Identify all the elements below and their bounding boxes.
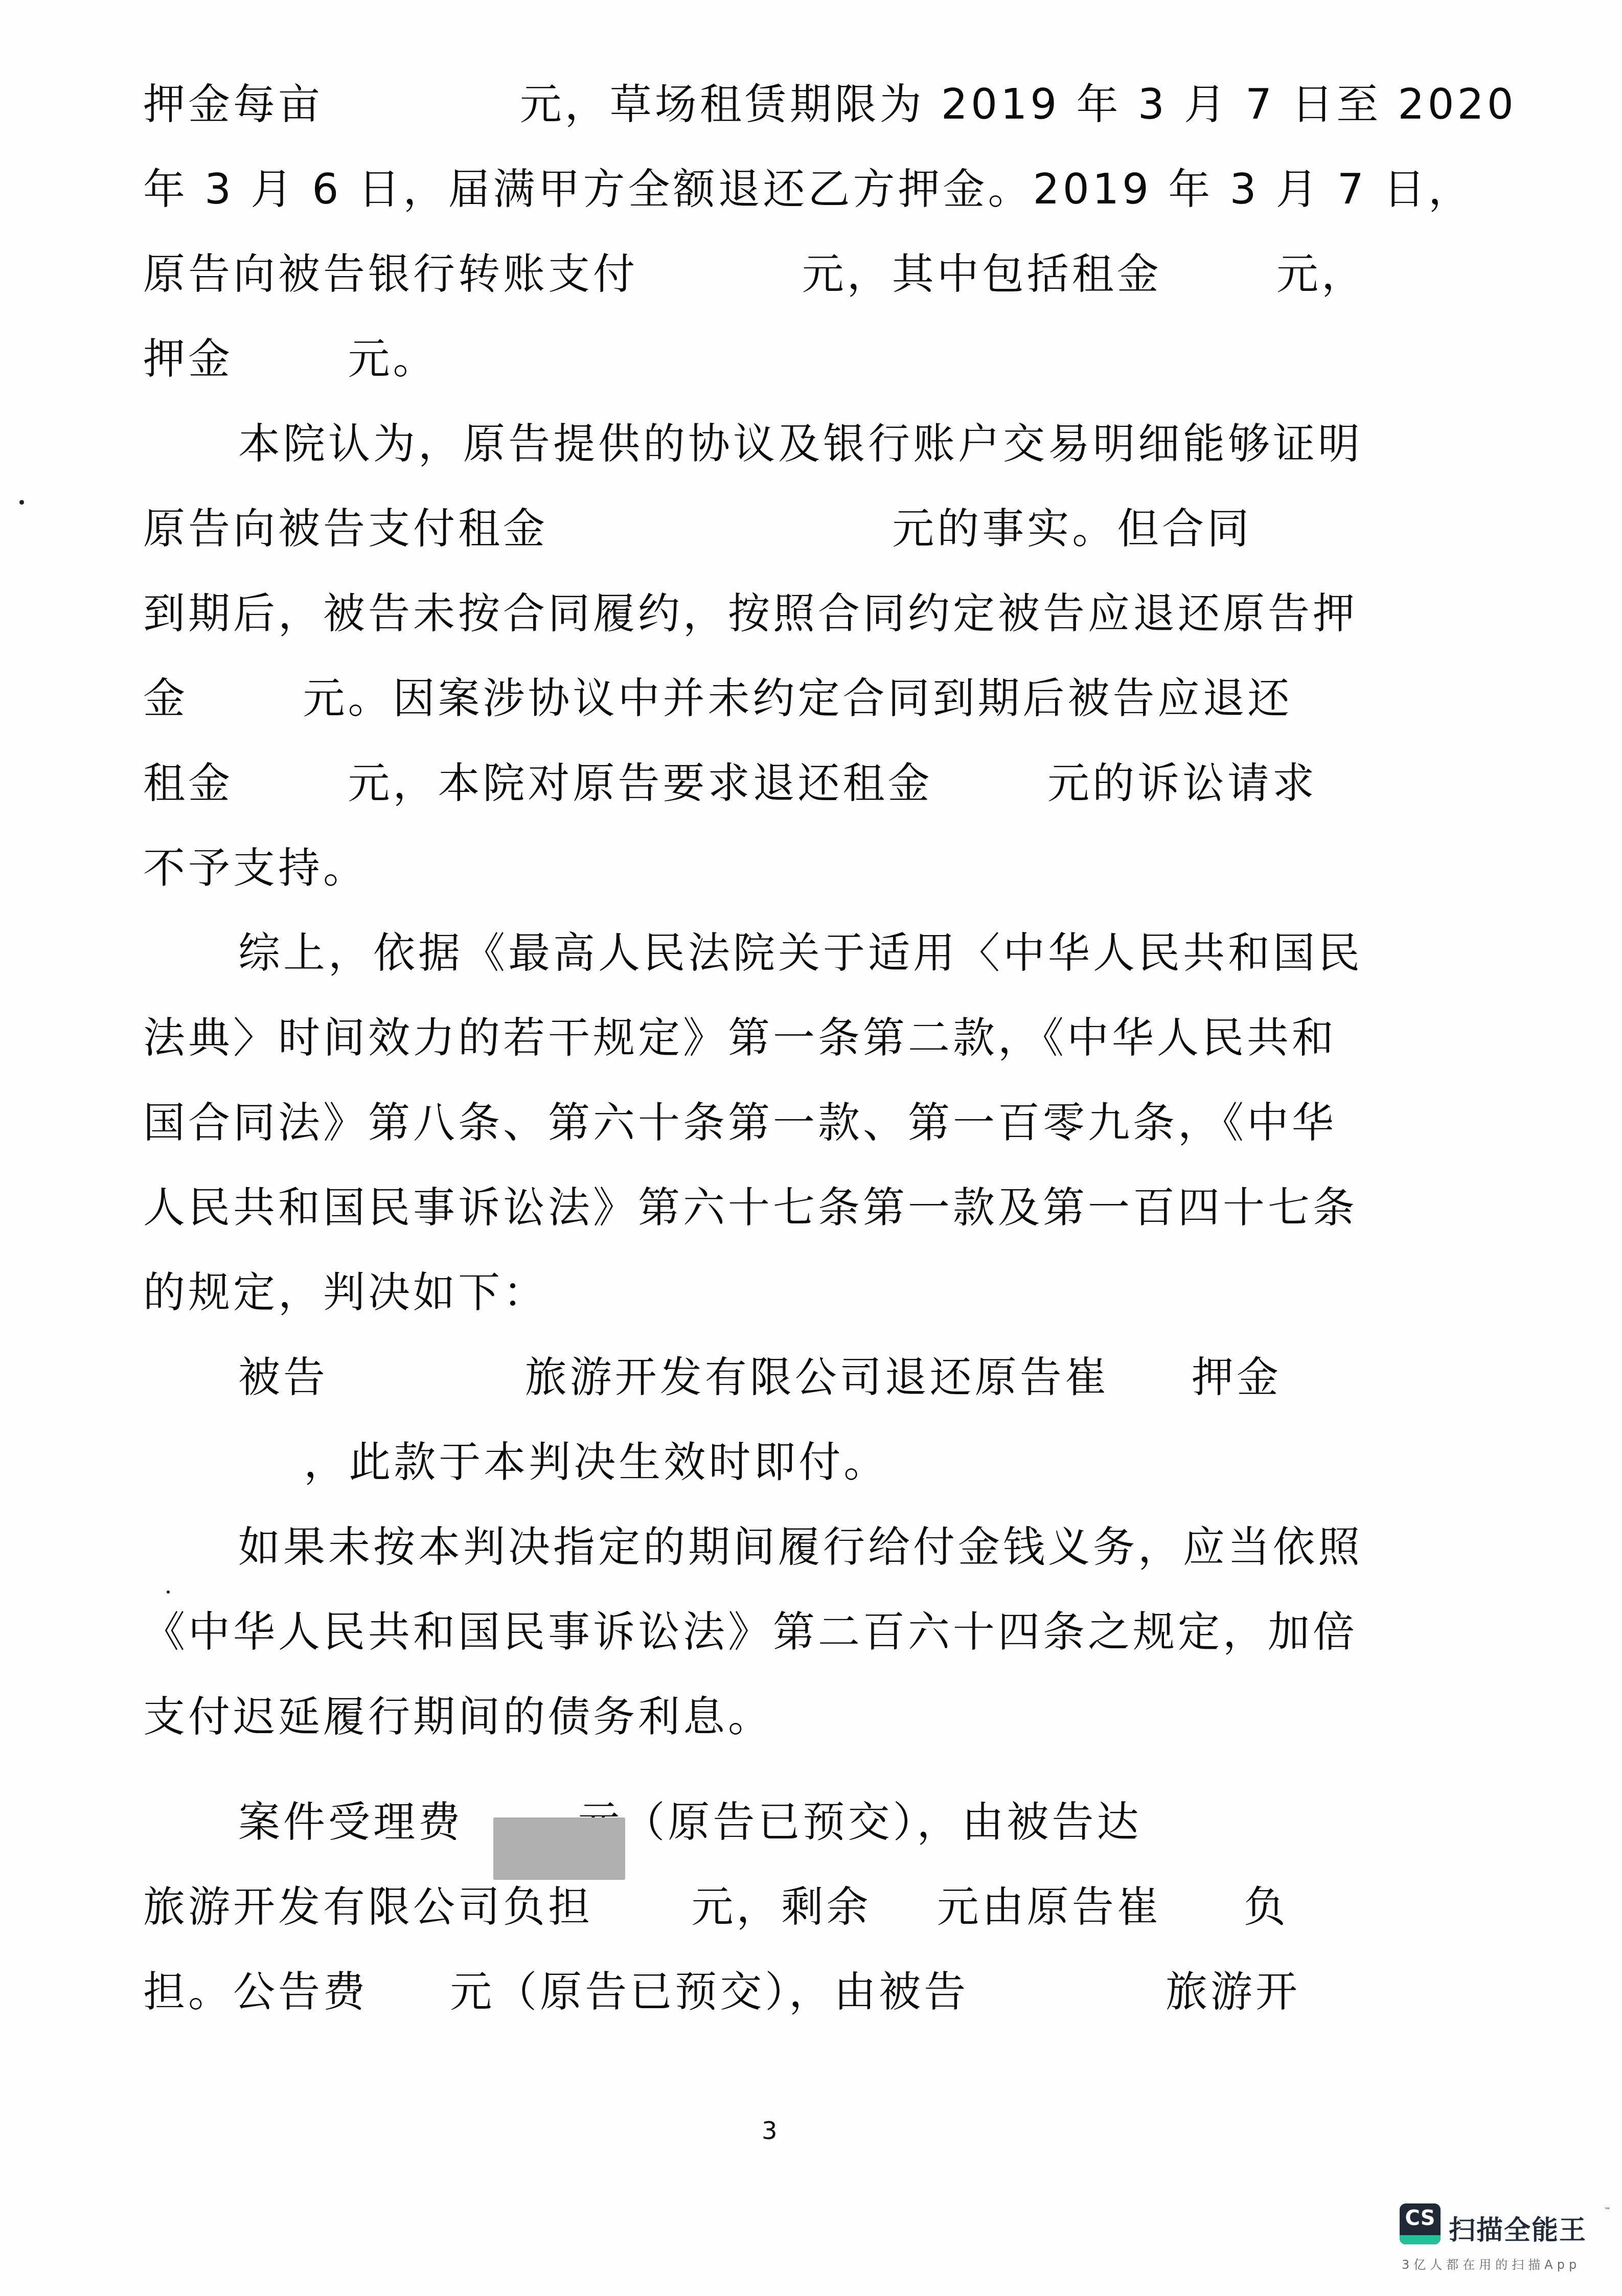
- scan-speck: [167, 1590, 170, 1594]
- body-line: 押金 元。: [143, 334, 1411, 385]
- scanned-page: 押金每亩 元，草场租赁期限为 2019 年 3 月 7 日至 2020 年 3 …: [0, 0, 1622, 2296]
- body-line: 年 3 月 6 日，届满甲方全额退还乙方押金。2019 年 3 月 7 日，: [143, 164, 1411, 215]
- redaction-box: [493, 1817, 625, 1880]
- watermark-title: 扫描全能王: [1449, 2209, 1587, 2247]
- logo-accent-bar: [1400, 2235, 1441, 2244]
- body-line: 押金每亩 元，草场租赁期限为 2019 年 3 月 7 日至 2020: [143, 79, 1411, 130]
- body-line: 支付迟延履行期间的债务利息。: [143, 1692, 1411, 1743]
- watermark-subtitle: 3亿人都在用的扫描App: [1402, 2255, 1581, 2272]
- body-line: 旅游开发有限公司负担 元，剩余 元由原告崔 负: [143, 1882, 1411, 1933]
- body-line: 法典〉时间效力的若干规定》第一条第二款，《中华人民共和: [143, 1013, 1411, 1064]
- body-line: 金 元。因案涉协议中并未约定合同到期后被告应退还: [143, 673, 1411, 724]
- body-line: 原告向被告银行转账支付 元，其中包括租金 元，: [143, 249, 1411, 300]
- body-line: 的规定，判决如下：: [143, 1267, 1411, 1319]
- paragraph-start-line: 如果未按本判决指定的期间履行给付金钱义务，应当依照: [238, 1522, 1506, 1573]
- paragraph-start-line: 综上，依据《最高人民法院关于适用〈中华人民共和国民: [238, 928, 1506, 979]
- camscanner-logo-icon: CS: [1400, 2203, 1441, 2244]
- judgment-item-line: ，此款于本判决生效时即付。: [238, 1437, 1506, 1488]
- body-line: 到期后，被告未按合同履约，按照合同约定被告应退还原告押: [143, 588, 1411, 640]
- body-line: 国合同法》第八条、第六十条第一款、第一百零九条，《中华: [143, 1098, 1411, 1149]
- logo-text: CS: [1400, 2207, 1441, 2230]
- body-line: 人民共和国民事诉讼法》第六十七条第一款及第一百四十七条: [143, 1183, 1411, 1234]
- body-line: 不予支持。: [143, 843, 1411, 894]
- trademark-mark: ™: [1604, 2207, 1610, 2214]
- body-line: 《中华人民共和国民事诉讼法》第二百六十四条之规定，加倍: [143, 1607, 1411, 1658]
- scan-speck: [19, 500, 24, 505]
- body-line: 租金 元，本院对原告要求退还租金 元的诉讼请求: [143, 758, 1411, 809]
- body-line: 担。公告费 元（原告已预交），由被告 旅游开: [143, 1967, 1411, 2018]
- judgment-item-line: 被告 旅游开发有限公司退还原告崔 押金: [238, 1352, 1506, 1403]
- paragraph-start-line: 本院认为，原告提供的协议及银行账户交易明细能够证明: [238, 419, 1506, 470]
- body-line: 原告向被告支付租金 元的事实。但合同: [143, 504, 1411, 555]
- paragraph-start-line: 案件受理费 元（原告已预交），由被告达: [238, 1797, 1506, 1848]
- camscanner-watermark: CS 扫描全能王 ™ 3亿人都在用的扫描App: [1400, 2203, 1614, 2285]
- page-number: 3: [762, 2117, 778, 2145]
